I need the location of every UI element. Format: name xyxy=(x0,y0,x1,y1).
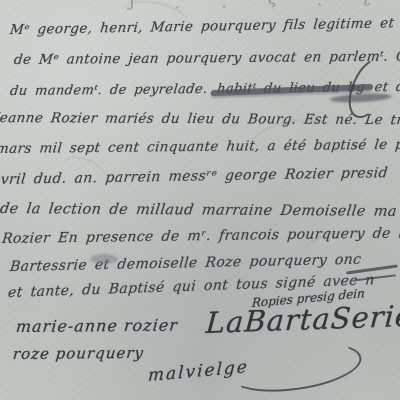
manuscript-line-1: Mᵉ george, henri, Marie pourquery fils l… xyxy=(9,14,400,38)
labartaserie-signature: LaBartaSerie xyxy=(205,299,400,340)
manuscript-line-2: de Mᵉ antoine jean pourquery avocat en p… xyxy=(13,48,400,68)
top-cropped-line: ʃ ˏ ͺ ϛ ˎ ʅ ϳ xyxy=(130,0,400,11)
manuscript-scan: ʃ ˏ ͺ ϛ ˎ ʅ ϳ Mᵉ george, henri, Marie po… xyxy=(0,0,400,400)
roze-pourquery-signature: roze pourquery xyxy=(12,344,145,363)
manuscript-line-6: avril dud. an. parrein messʳᵉ george Roz… xyxy=(0,165,389,188)
manuscript-line-8: Rozier En presence de mʳ. francois pourq… xyxy=(1,225,400,247)
marie-anne-rozier-signature: marie-anne rozier xyxy=(15,316,179,336)
ink-smudge-small xyxy=(90,254,118,264)
manuscript-line-4: Jeanne Rozier mariés du lieu du Bourg. E… xyxy=(0,110,400,128)
manuscript-line-9: Bartessrie et demoiselle Roze pourquery … xyxy=(9,252,362,275)
manuscript-line-5: mars mil sept cent cinquante huit, a été… xyxy=(0,136,400,157)
bottom-flourish-signature: malvielge xyxy=(147,357,249,386)
struck-line-pre: du mandemᵗ. de peyrelade. xyxy=(9,82,208,99)
manuscript-line-7: de la lection de millaud marraine Demois… xyxy=(0,201,398,220)
